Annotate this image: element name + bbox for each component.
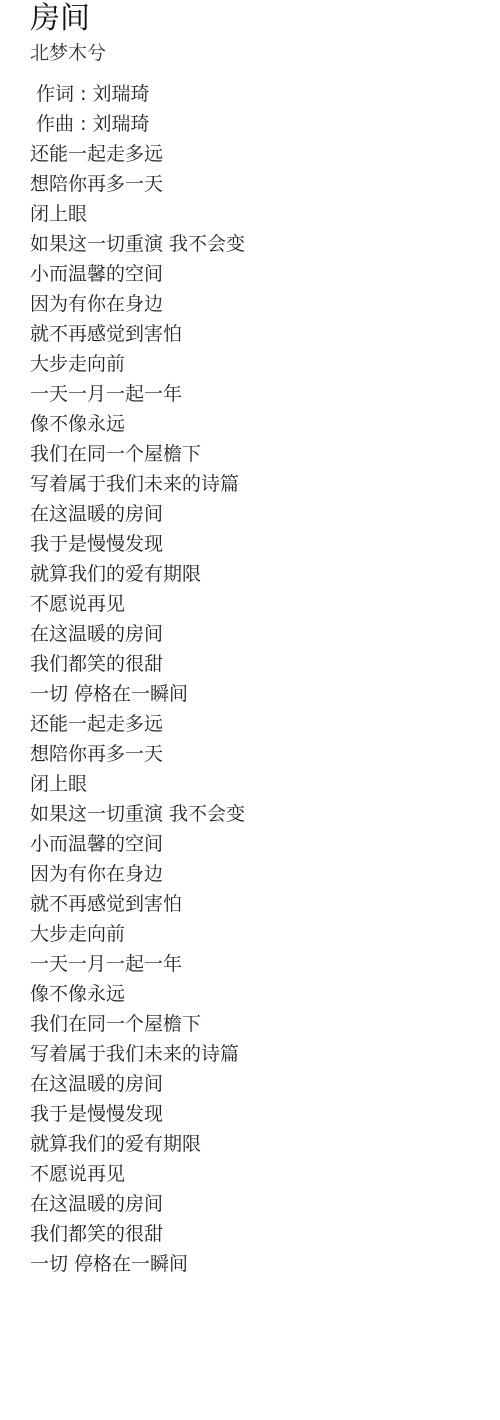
lyric-line: 我们在同一个屋檐下 — [30, 1009, 245, 1039]
lyric-line: 我们在同一个屋檐下 — [30, 439, 245, 469]
lyric-line: 我们都笑的很甜 — [30, 1219, 245, 1249]
lyric-line: 在这温暖的房间 — [30, 499, 245, 529]
lyric-line: 我们都笑的很甜 — [30, 649, 245, 679]
lyric-line: 写着属于我们未来的诗篇 — [30, 469, 245, 499]
lyric-line: 像不像永远 — [30, 979, 245, 1009]
lyric-line: 小而温馨的空间 — [30, 829, 245, 859]
lyric-line: 因为有你在身边 — [30, 289, 245, 319]
lyric-line: 不愿说再见 — [30, 589, 245, 619]
lyric-line: 我于是慢慢发现 — [30, 529, 245, 559]
lyric-line: 因为有你在身边 — [30, 859, 245, 889]
lyrics-list: 作词 : 刘瑞琦 作曲 : 刘瑞琦还能一起走多远想陪你再多一天闭上眼如果这一切重… — [30, 79, 245, 1279]
lyric-line: 想陪你再多一天 — [30, 739, 245, 769]
lyric-line: 我于是慢慢发现 — [30, 1099, 245, 1129]
lyric-line: 闭上眼 — [30, 769, 245, 799]
song-title: 房间 — [30, 0, 90, 38]
song-artist: 北梦木兮 — [30, 40, 106, 66]
lyric-line: 闭上眼 — [30, 199, 245, 229]
lyric-line: 作曲 : 刘瑞琦 — [30, 109, 245, 139]
lyric-line: 大步走向前 — [30, 919, 245, 949]
lyric-line: 作词 : 刘瑞琦 — [30, 79, 245, 109]
lyric-line: 小而温馨的空间 — [30, 259, 245, 289]
lyric-line: 在这温暖的房间 — [30, 619, 245, 649]
lyric-line: 写着属于我们未来的诗篇 — [30, 1039, 245, 1069]
lyric-line: 一天一月一起一年 — [30, 379, 245, 409]
lyric-line: 就算我们的爱有期限 — [30, 1129, 245, 1159]
lyric-line: 还能一起走多远 — [30, 139, 245, 169]
lyric-line: 就不再感觉到害怕 — [30, 889, 245, 919]
lyric-line: 在这温暖的房间 — [30, 1069, 245, 1099]
lyric-line: 像不像永远 — [30, 409, 245, 439]
lyric-line: 不愿说再见 — [30, 1159, 245, 1189]
lyric-line: 在这温暖的房间 — [30, 1189, 245, 1219]
lyric-line: 如果这一切重演 我不会变 — [30, 799, 245, 829]
lyric-line: 一切 停格在一瞬间 — [30, 679, 245, 709]
lyric-line: 如果这一切重演 我不会变 — [30, 229, 245, 259]
lyric-line: 就算我们的爱有期限 — [30, 559, 245, 589]
lyric-line: 想陪你再多一天 — [30, 169, 245, 199]
lyric-line: 就不再感觉到害怕 — [30, 319, 245, 349]
lyric-line: 一天一月一起一年 — [30, 949, 245, 979]
lyric-line: 一切 停格在一瞬间 — [30, 1249, 245, 1279]
lyric-line: 大步走向前 — [30, 349, 245, 379]
lyric-line: 还能一起走多远 — [30, 709, 245, 739]
